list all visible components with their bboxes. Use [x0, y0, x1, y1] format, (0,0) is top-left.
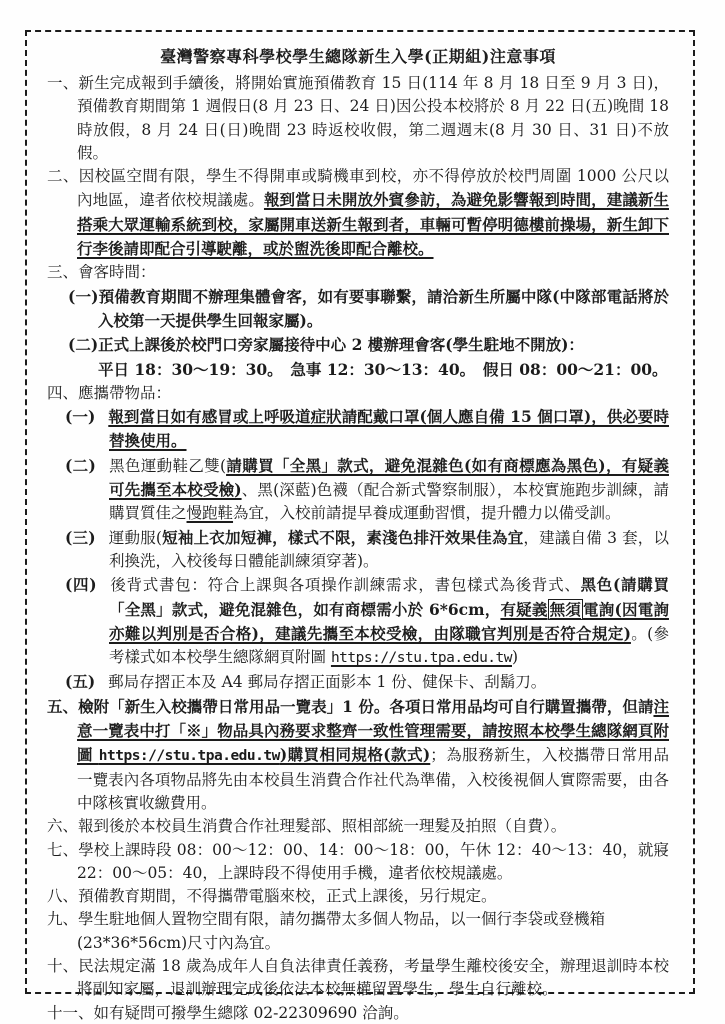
text-segment: 報到後於本校員生消費合作社理髮部、照相部統一理髮及拍照（自費）。 — [78, 817, 566, 835]
text-segment: 後背式書包：符合上課與各項操作訓練需求，書包樣式為後背式、 — [110, 576, 581, 594]
item-3: 三、會客時間： — [47, 261, 669, 284]
item-3-2: (二)正式上課後於校門口旁家屬接待中心 2 樓辦理會客(學生駐地不開放)： — [68, 333, 669, 357]
text-segment: 如有疑問可撥學生總隊 02-22309690 洽詢。 — [94, 1004, 409, 1022]
item-label: (五) — [65, 672, 95, 691]
item-5: 五、檢附「新生入校攜帶日常用品一覽表」1 份。各項日常用品均可自行購置攜帶，但請… — [47, 695, 669, 815]
text-segment: 有疑義 — [500, 600, 547, 619]
item-label: 一、 — [47, 74, 78, 92]
item-10: 十、民法規定滿 18 歲為成年人自負法律責任義務，考量學生離校後安全，辦理退訓時… — [47, 955, 669, 1002]
item-4-1: (一)報到當日如有感冒或上呼吸道症狀請配戴口罩(個人應自備 15 個口罩)，供必… — [65, 405, 669, 454]
text-segment: 郵局存摺正本及 A4 郵局存摺正面影本 1 份、健保卡、刮鬍刀。 — [108, 673, 546, 691]
text-segment: (23*36*56cm)尺寸內為宜。 — [77, 934, 280, 952]
item-label: (四) — [65, 575, 97, 594]
text-segment: 報到當日如有感冒或上呼吸道症狀請配戴口罩(個人應自備 15 個口罩)，供必要時替… — [108, 407, 669, 450]
text-segment: )購買相同規格(款式) — [280, 745, 430, 764]
url-text: https://stu.tpa.edu.tw — [99, 748, 280, 764]
text-segment: 應攜帶物品： — [78, 384, 171, 402]
notice-item-list: 一、新生完成報到手續後，將開始實施預備教育 15 日(114 年 8 月 18 … — [47, 72, 669, 1024]
item-label: 八、 — [47, 887, 78, 905]
text-segment: 黑色運動鞋乙雙( — [109, 457, 226, 475]
item-label: 二、 — [47, 167, 79, 185]
text-segment: 預備教育期間不辦理集體會客，如有要事聯繫，請洽新生所屬中隊(中隊部電話將於入校第… — [98, 287, 669, 330]
text-segment: 學校上課時段 08：00～12：00、14：00～18：00，午休 12：40～… — [77, 841, 669, 882]
item-11: 十一、如有疑問可撥學生總隊 02-22309690 洽詢。 — [47, 1002, 669, 1024]
item-label: 三、 — [47, 263, 78, 281]
text-segment: 檢附「新生入校攜帶日常用品一覽表」1 份。各項日常用品均可自行購置攜帶，但請 — [78, 697, 653, 716]
text-segment: 慢跑鞋 — [187, 504, 234, 522]
item-6: 六、報到後於本校員生消費合作社理髮部、照相部統一理髮及拍照（自費）。 — [47, 815, 669, 838]
text-segment: 為宜，入校前請提早養成運動習慣，提升體力以備受訓。 — [233, 504, 621, 522]
item-label: (一) — [68, 287, 98, 306]
item-label: (一) — [65, 407, 95, 426]
item-4-5: (五)郵局存摺正本及 A4 郵局存摺正面影本 1 份、健保卡、刮鬍刀。 — [65, 670, 669, 694]
item-3-2-hours: 平日 18：30～19：30。 急事 12：30～13：40。 假日 08：00… — [98, 358, 669, 382]
text-segment: 學生駐地個人置物空間有限，請勿攜帶太多個人物品，以一個行李袋或登機箱 — [78, 910, 605, 928]
item-4-3: (三)運動服(短袖上衣加短褲，樣式不限，素淺色排汗效果佳為宜，建議自備 3 套，… — [65, 526, 669, 574]
item-label: 九、 — [47, 910, 78, 928]
url-text: https://stu.tpa.edu.tw — [331, 650, 512, 666]
text-segment: 預備教育期間，不得攜帶電腦來校，正式上課後，另行規定。 — [78, 887, 497, 905]
item-4-4: (四)後背式書包：符合上課與各項操作訓練需求，書包樣式為後背式、黑色(請購買「全… — [65, 573, 669, 670]
item-4: 四、應攜帶物品： — [47, 382, 669, 405]
text-segment: 會客時間： — [78, 263, 156, 281]
item-label: 七、 — [47, 841, 78, 859]
text-segment: 短袖上衣加短褲，樣式不限，素淺色排汗效果佳為宜 — [162, 528, 523, 547]
text-segment: 平日 18：30～19：30。 急事 12：30～13：40。 假日 08：00… — [98, 360, 668, 379]
item-label: (三) — [65, 528, 96, 547]
item-label: 五、 — [47, 697, 78, 716]
item-label: 十一、 — [47, 1004, 94, 1022]
item-label: 六、 — [47, 817, 78, 835]
text-segment: 新生完成報到手續後，將開始實施預備教育 15 日(114 年 8 月 18 日至… — [77, 74, 669, 162]
item-label: (二) — [68, 335, 98, 354]
item-1: 一、新生完成報到手續後，將開始實施預備教育 15 日(114 年 8 月 18 … — [47, 72, 669, 165]
text-segment: 無須 — [548, 599, 583, 620]
item-label: 四、 — [47, 384, 78, 402]
text-segment: 運動服( — [109, 529, 162, 547]
item-4-2: (二)黑色運動鞋乙雙(請購買「全黑」款式，避免混雜色(如有商標應為黑色)，有疑義… — [65, 454, 669, 526]
item-9: 九、學生駐地個人置物空間有限，請勿攜帶太多個人物品，以一個行李袋或登機箱(23*… — [47, 908, 669, 955]
item-8: 八、預備教育期間，不得攜帶電腦來校，正式上課後，另行規定。 — [47, 885, 669, 908]
item-7: 七、學校上課時段 08：00～12：00、14：00～18：00，午休 12：4… — [47, 839, 669, 886]
item-label: 十、 — [47, 957, 78, 975]
text-segment: ) — [512, 648, 518, 666]
notice-dashed-border: 臺灣警察專科學校學生總隊新生入學(正期組)注意事項 一、新生完成報到手續後，將開… — [25, 30, 695, 994]
text-segment: 民法規定滿 18 歲為成年人自負法律責任義務，考量學生離校後安全，辦理退訓時本校… — [77, 957, 669, 998]
item-label: (二) — [65, 456, 96, 475]
item-3-1: (一)預備教育期間不辦理集體會客，如有要事聯繫，請洽新生所屬中隊(中隊部電話將於… — [68, 285, 669, 334]
scanned-notice-page: 臺灣警察專科學校學生總隊新生入學(正期組)注意事項 一、新生完成報到手續後，將開… — [0, 0, 725, 1024]
notice-title: 臺灣警察專科學校學生總隊新生入學(正期組)注意事項 — [47, 43, 669, 70]
item-2: 二、因校區空間有限，學生不得開車或騎機車到校，亦不得停放於校門周圍 1000 公… — [47, 165, 669, 261]
text-segment: 正式上課後於校門口旁家屬接待中心 2 樓辦理會客(學生駐地不開放)： — [98, 335, 584, 354]
